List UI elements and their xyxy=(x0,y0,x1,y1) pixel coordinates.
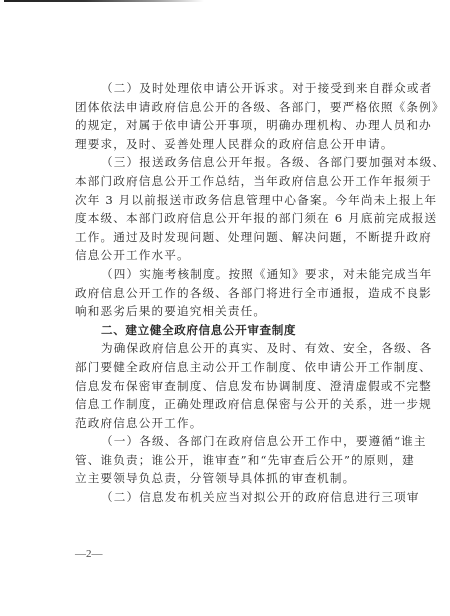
text-line: （一）各级、各部门在政府信息公开工作中，要遵循“谁主 xyxy=(75,432,399,451)
paragraph-responsibility: （一）各级、各部门在政府信息公开工作中，要遵循“谁主 管、谁负责；谁公开，谁审查… xyxy=(75,432,399,488)
text-line: （四）实施考核制度。按照《通知》要求，对未能完成当年 xyxy=(75,265,399,284)
text-line: 团体依法申请政府信息公开的各级、各部门，要严格依照《条例》 xyxy=(75,98,399,117)
paragraph-assessment: （四）实施考核制度。按照《通知》要求，对未能完成当年 政府信息公开工作的各级、各… xyxy=(75,265,399,321)
heading-text: 二、建立健全政府信息公开审查制度 xyxy=(75,321,399,340)
text-line: 政府信息公开工作的各级、各部门将进行全市通报，造成不良影 xyxy=(75,284,399,303)
text-line: 工作。通过及时发现问题、处理问题、解决问题，不断提升政府 xyxy=(75,228,399,247)
text-line: 部门要健全政府信息主动公开工作制度、依申请公开工作制度、 xyxy=(75,358,399,377)
paragraph-review-system: 为确保政府信息公开的真实、及时、有效、安全，各级、各 部门要健全政府信息主动公开… xyxy=(75,339,399,432)
text-line: （三）报送政务信息公开年报。各级、各部门要加强对本级、 xyxy=(75,153,399,172)
text-line: 为确保政府信息公开的真实、及时、有效、安全，各级、各 xyxy=(75,339,399,358)
document-body: （二）及时处理依申请公开诉求。对于接受到来自群众或者 团体依法申请政府信息公开的… xyxy=(75,79,399,507)
text-line: 本部门政府信息公开工作总结，当年政府信息公开工作年报须于 xyxy=(75,172,399,191)
text-line: 管、谁负责；谁公开，谁审查”和“先审查后公开”的原则，建 xyxy=(75,451,399,470)
section-heading: 二、建立健全政府信息公开审查制度 xyxy=(75,321,399,340)
text-line: 的规定，对属于依申请公开事项，明确办理机构、办理人员和办 xyxy=(75,116,399,135)
paragraph-annual-report: （三）报送政务信息公开年报。各级、各部门要加强对本级、 本部门政府信息公开工作总… xyxy=(75,153,399,265)
text-line: 范政府信息公开工作。 xyxy=(75,414,399,433)
text-line: 次年 3 月以前报送市政务信息管理中心备案。今年尚未上报上年 xyxy=(75,191,399,210)
text-line: 响和恶劣后果的要追究相关责任。 xyxy=(75,302,399,321)
page-number: —2— xyxy=(75,548,103,560)
scan-edge-artifact xyxy=(4,0,204,2)
text-line: 信息公开工作水平。 xyxy=(75,246,399,265)
text-line: 信息发布保密审查制度、信息发布协调制度、澄清虚假或不完整 xyxy=(75,377,399,396)
text-line: （二）信息发布机关应当对拟公开的政府信息进行三项审 xyxy=(75,488,399,507)
text-line: 立主要领导负总责，分管领导具体抓的审查机制。 xyxy=(75,469,399,488)
paragraph-three-reviews: （二）信息发布机关应当对拟公开的政府信息进行三项审 xyxy=(75,488,399,507)
text-line: 度本级、本部门政府信息公开年报的部门须在 6 月底前完成报送 xyxy=(75,209,399,228)
text-line: 理要求，及时、妥善处理人民群众的政府信息公开申请。 xyxy=(75,135,399,154)
text-line: 信息工作制度，正确处理政府信息保密与公开的关系，进一步规 xyxy=(75,395,399,414)
text-line: （二）及时处理依申请公开诉求。对于接受到来自群众或者 xyxy=(75,79,399,98)
paragraph-handle-applications: （二）及时处理依申请公开诉求。对于接受到来自群众或者 团体依法申请政府信息公开的… xyxy=(75,79,399,153)
